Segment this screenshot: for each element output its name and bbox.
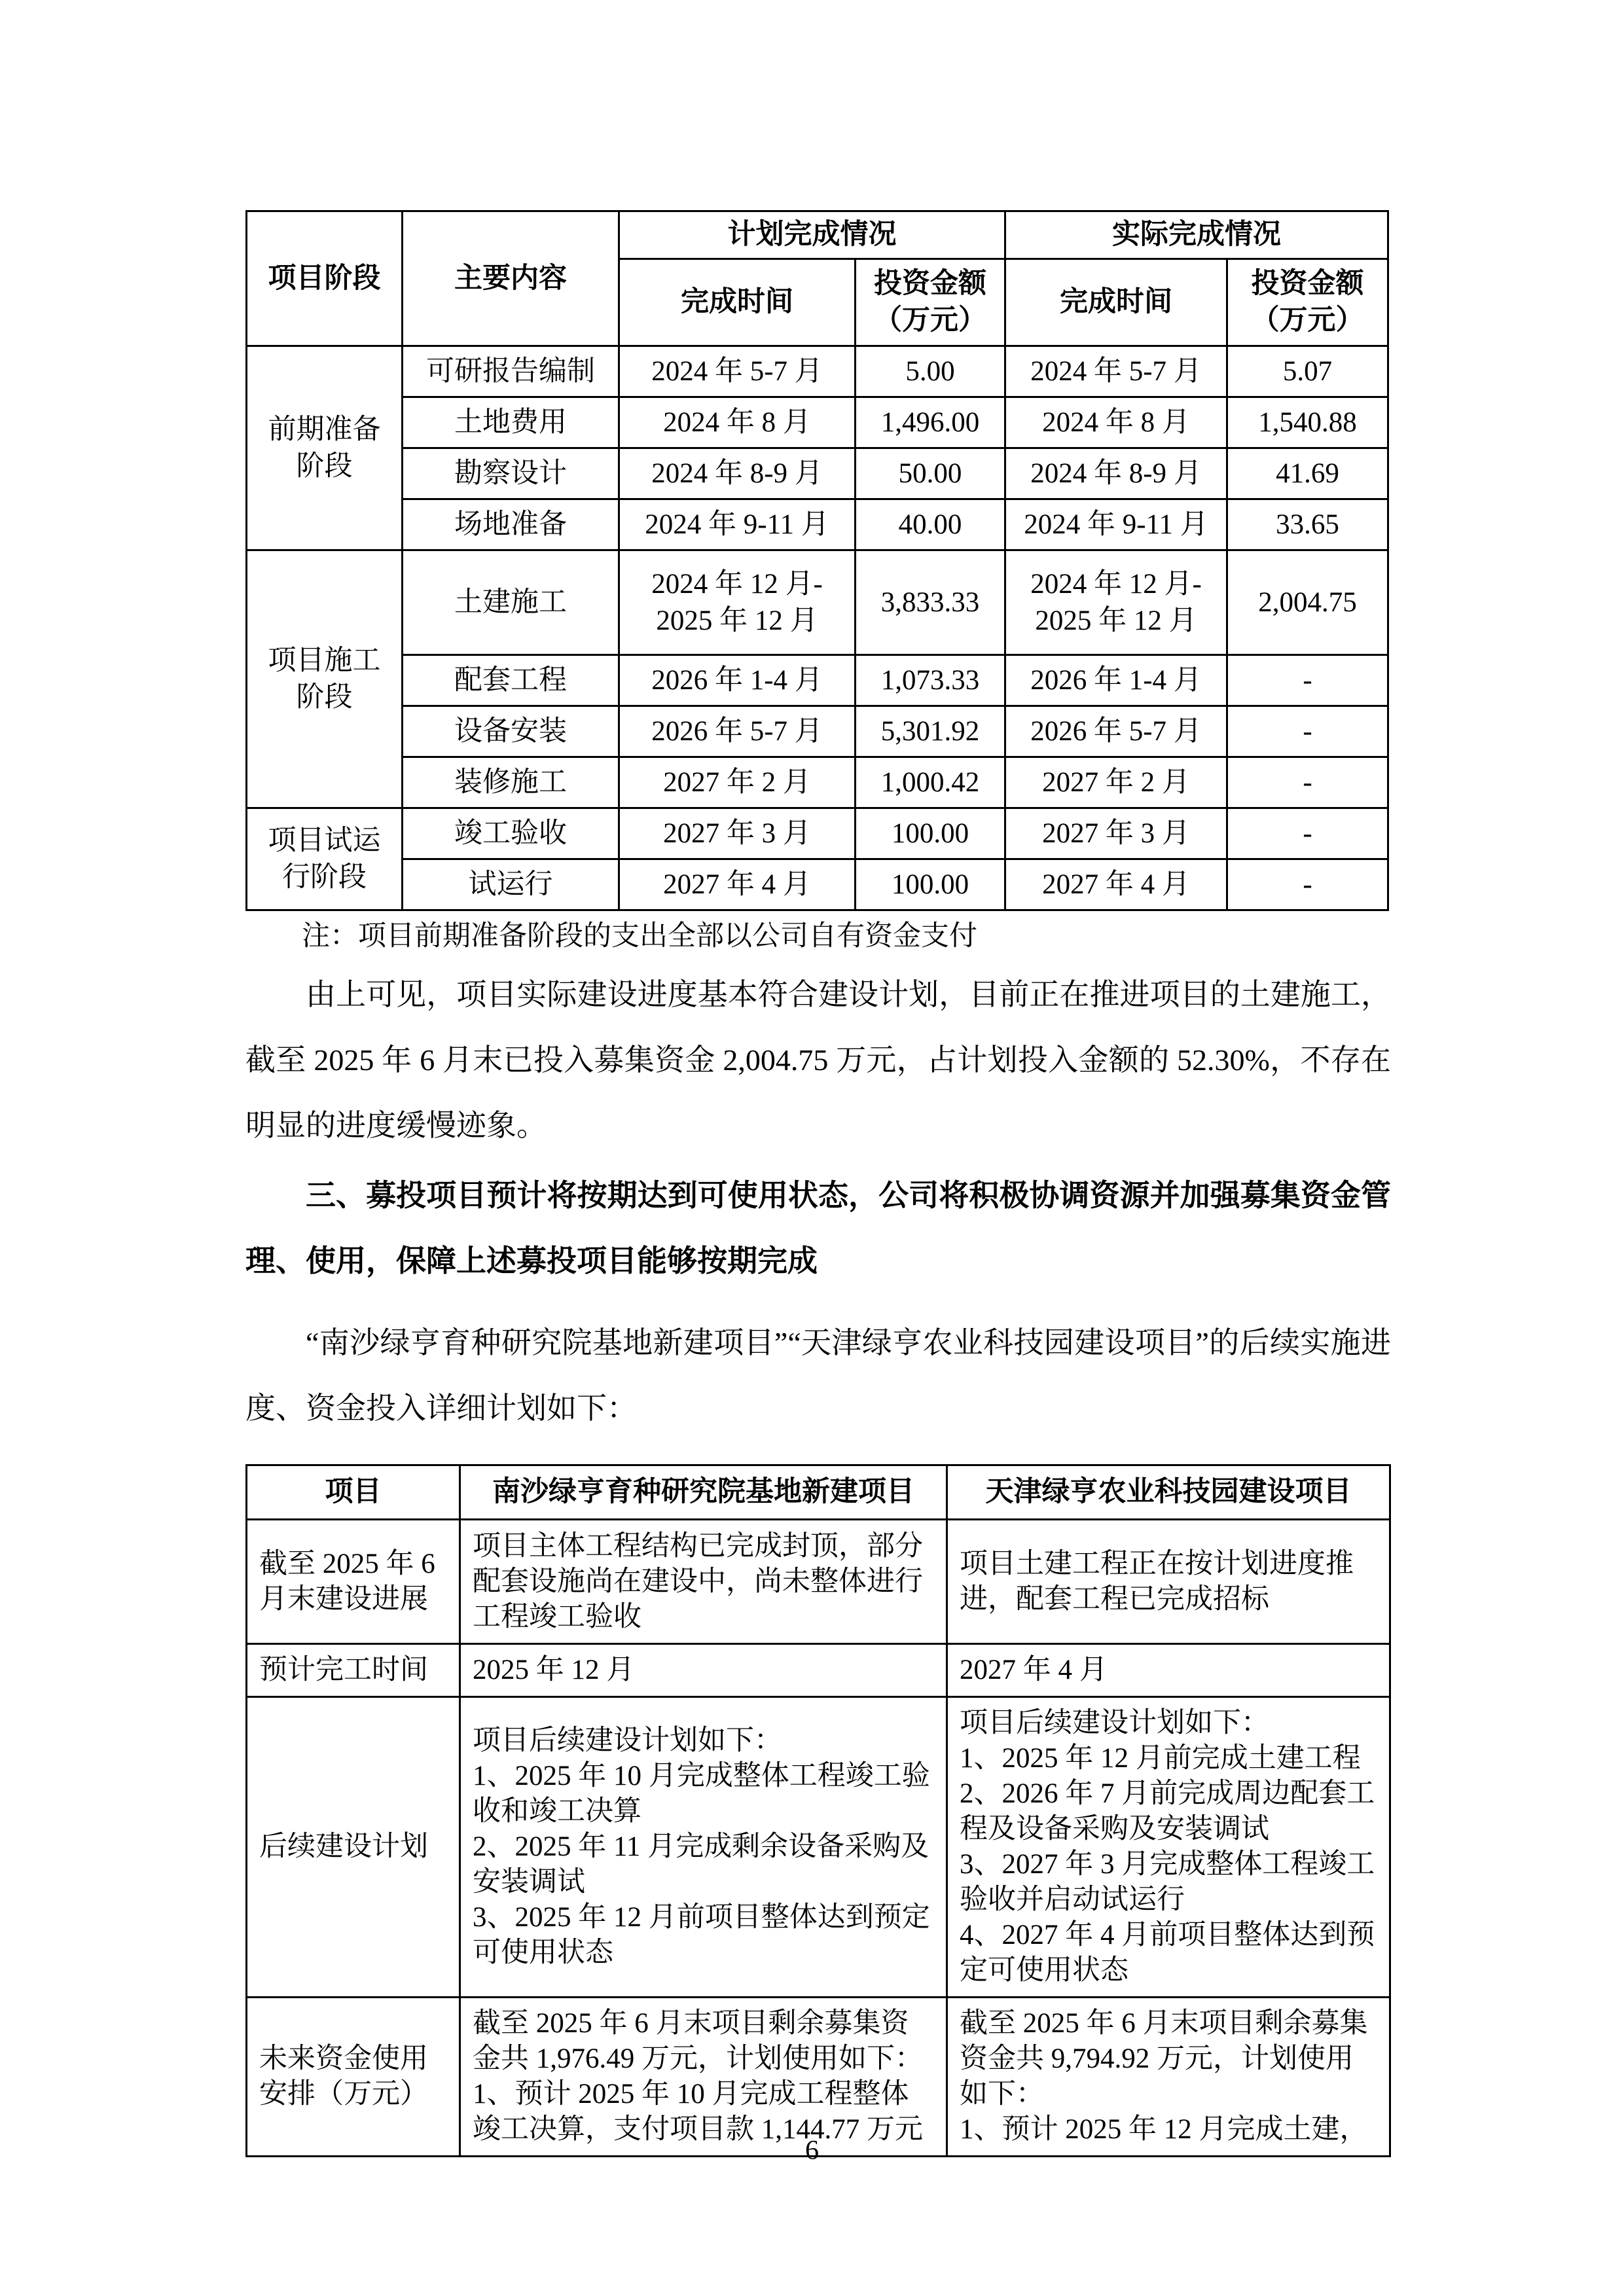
- cell-content: 设备安装: [403, 706, 619, 757]
- cell-plan-amount: 1,496.00: [856, 397, 1005, 448]
- cell-actual-amount: 41.69: [1227, 448, 1388, 499]
- header-tianjin-project: 天津绿亨农业科技园建设项目: [947, 1465, 1390, 1520]
- cell-content: 装修施工: [403, 757, 619, 808]
- header-plan-time: 完成时间: [619, 259, 856, 346]
- document-page: 项目阶段 主要内容 计划完成情况 实际完成情况 完成时间 投资金额 （万元） 完…: [0, 0, 1624, 2296]
- cell-plan-amount: 1,000.42: [856, 757, 1005, 808]
- paragraph-progress-summary: 由上可见，项目实际建设进度基本符合建设计划，目前正在推进项目的土建施工，截至 2…: [245, 962, 1391, 1158]
- cell-actual-time: 2027 年 3 月: [1005, 808, 1227, 859]
- phase-cell: 项目施工 阶段: [247, 550, 403, 808]
- cell-content: 勘察设计: [403, 448, 619, 499]
- cell-actual-time: 2024 年 9-11 月: [1005, 499, 1227, 550]
- cell-actual-time: 2024 年 8-9 月: [1005, 448, 1227, 499]
- cell-content: 场地准备: [403, 499, 619, 550]
- table-row: 装修施工 2027 年 2 月 1,000.42 2027 年 2 月 -: [247, 757, 1388, 808]
- header-plan-amount: 投资金额 （万元）: [856, 259, 1005, 346]
- cell-plan-time: 2024 年 8 月: [619, 397, 856, 448]
- cell-actual-amount: -: [1227, 757, 1388, 808]
- header-actual-time: 完成时间: [1005, 259, 1227, 346]
- cell-content: 配套工程: [403, 655, 619, 706]
- table-row: 场地准备 2024 年 9-11 月 40.00 2024 年 9-11 月 3…: [247, 499, 1388, 550]
- table-row: 项目试运 行阶段 竣工验收 2027 年 3 月 100.00 2027 年 3…: [247, 808, 1388, 859]
- cell-content: 土地费用: [403, 397, 619, 448]
- header-actual-group: 实际完成情况: [1005, 211, 1388, 259]
- cell-actual-amount: -: [1227, 859, 1388, 910]
- cell-content: 可研报告编制: [403, 346, 619, 397]
- cell-content: 竣工验收: [403, 808, 619, 859]
- table-row: 配套工程 2026 年 1-4 月 1,073.33 2026 年 1-4 月 …: [247, 655, 1388, 706]
- cell-content: 土建施工: [403, 550, 619, 655]
- header-item: 项目: [247, 1465, 460, 1520]
- cell-actual-time: 2024 年 12 月- 2025 年 12 月: [1005, 550, 1227, 655]
- cell-actual-time: 2027 年 2 月: [1005, 757, 1227, 808]
- table-note: 注：项目前期准备阶段的支出全部以公司自有资金支付: [245, 918, 1391, 956]
- cell-actual-amount: 1,540.88: [1227, 397, 1388, 448]
- table-row: 项目施工 阶段 土建施工 2024 年 12 月- 2025 年 12 月 3,…: [247, 550, 1388, 655]
- cell-actual-time: 2026 年 5-7 月: [1005, 706, 1227, 757]
- table-row: 勘察设计 2024 年 8-9 月 50.00 2024 年 8-9 月 41.…: [247, 448, 1388, 499]
- cell-tianjin: 截至 2025 年 6 月末项目剩余募集资金共 9,794.92 万元，计划使用…: [947, 1998, 1390, 2157]
- cell-actual-time: 2024 年 8 月: [1005, 397, 1227, 448]
- cell-actual-amount: 33.65: [1227, 499, 1388, 550]
- phase-cell: 前期准备 阶段: [247, 346, 403, 550]
- cell-actual-amount: 2,004.75: [1227, 550, 1388, 655]
- table-row: 未来资金使用安排（万元） 截至 2025 年 6 月末项目剩余募集资金共 1,9…: [247, 1998, 1390, 2157]
- cell-content: 试运行: [403, 859, 619, 910]
- section-heading: 三、募投项目预计将按期达到可使用状态，公司将积极协调资源并加强募集资金管理、使用…: [245, 1163, 1391, 1294]
- row-label: 截至 2025 年 6 月末建设进展: [247, 1520, 460, 1644]
- header-phase: 项目阶段: [247, 211, 403, 346]
- cell-plan-amount: 100.00: [856, 859, 1005, 910]
- cell-plan-time: 2027 年 3 月: [619, 808, 856, 859]
- row-label: 后续建设计划: [247, 1697, 460, 1998]
- cell-plan-amount: 50.00: [856, 448, 1005, 499]
- cell-plan-time: 2027 年 4 月: [619, 859, 856, 910]
- cell-plan-time: 2027 年 2 月: [619, 757, 856, 808]
- table-row: 预计完工时间 2025 年 12 月 2027 年 4 月: [247, 1644, 1390, 1697]
- cell-plan-time: 2024 年 12 月- 2025 年 12 月: [619, 550, 856, 655]
- cell-plan-amount: 3,833.33: [856, 550, 1005, 655]
- cell-plan-time: 2024 年 9-11 月: [619, 499, 856, 550]
- page-content: 项目阶段 主要内容 计划完成情况 实际完成情况 完成时间 投资金额 （万元） 完…: [245, 210, 1391, 2157]
- table-row: 试运行 2027 年 4 月 100.00 2027 年 4 月 -: [247, 859, 1388, 910]
- header-actual-amount: 投资金额 （万元）: [1227, 259, 1388, 346]
- row-label: 未来资金使用安排（万元）: [247, 1998, 460, 2157]
- cell-actual-time: 2026 年 1-4 月: [1005, 655, 1227, 706]
- cell-plan-time: 2024 年 8-9 月: [619, 448, 856, 499]
- table-header-row: 项目 南沙绿亨育种研究院基地新建项目 天津绿亨农业科技园建设项目: [247, 1465, 1390, 1520]
- table-row: 后续建设计划 项目后续建设计划如下： 1、2025 年 10 月完成整体工程竣工…: [247, 1697, 1390, 1998]
- projects-plan-table: 项目 南沙绿亨育种研究院基地新建项目 天津绿亨农业科技园建设项目 截至 2025…: [245, 1464, 1391, 2157]
- header-plan-group: 计划完成情况: [619, 211, 1005, 259]
- table-row: 截至 2025 年 6 月末建设进展 项目主体工程结构已完成封顶，部分配套设施尚…: [247, 1520, 1390, 1644]
- header-nansha-project: 南沙绿亨育种研究院基地新建项目: [460, 1465, 947, 1520]
- cell-plan-amount: 100.00: [856, 808, 1005, 859]
- cell-tianjin: 2027 年 4 月: [947, 1644, 1390, 1697]
- cell-actual-amount: -: [1227, 706, 1388, 757]
- cell-actual-amount: -: [1227, 808, 1388, 859]
- cell-actual-amount: -: [1227, 655, 1388, 706]
- cell-actual-time: 2024 年 5-7 月: [1005, 346, 1227, 397]
- page-number: 6: [0, 2135, 1624, 2166]
- cell-plan-time: 2026 年 5-7 月: [619, 706, 856, 757]
- cell-plan-amount: 40.00: [856, 499, 1005, 550]
- phase-cell: 项目试运 行阶段: [247, 808, 403, 910]
- table-row: 前期准备 阶段 可研报告编制 2024 年 5-7 月 5.00 2024 年 …: [247, 346, 1388, 397]
- paragraph-projects-intro: “南沙绿亨育种研究院基地新建项目”“天津绿亨农业科技园建设项目”的后续实施进度、…: [245, 1310, 1391, 1441]
- project-progress-table: 项目阶段 主要内容 计划完成情况 实际完成情况 完成时间 投资金额 （万元） 完…: [245, 210, 1389, 911]
- cell-nansha: 截至 2025 年 6 月末项目剩余募集资金共 1,976.49 万元，计划使用…: [460, 1998, 947, 2157]
- cell-plan-time: 2026 年 1-4 月: [619, 655, 856, 706]
- cell-plan-amount: 5,301.92: [856, 706, 1005, 757]
- cell-tianjin: 项目土建工程正在按计划进度推进，配套工程已完成招标: [947, 1520, 1390, 1644]
- cell-actual-amount: 5.07: [1227, 346, 1388, 397]
- row-label: 预计完工时间: [247, 1644, 460, 1697]
- cell-actual-time: 2027 年 4 月: [1005, 859, 1227, 910]
- cell-plan-amount: 5.00: [856, 346, 1005, 397]
- table-row: 土地费用 2024 年 8 月 1,496.00 2024 年 8 月 1,54…: [247, 397, 1388, 448]
- header-content: 主要内容: [403, 211, 619, 346]
- cell-nansha: 项目主体工程结构已完成封顶，部分配套设施尚在建设中，尚未整体进行工程竣工验收: [460, 1520, 947, 1644]
- cell-tianjin: 项目后续建设计划如下： 1、2025 年 12 月前完成土建工程 2、2026 …: [947, 1697, 1390, 1998]
- table-row: 设备安装 2026 年 5-7 月 5,301.92 2026 年 5-7 月 …: [247, 706, 1388, 757]
- cell-plan-time: 2024 年 5-7 月: [619, 346, 856, 397]
- cell-plan-amount: 1,073.33: [856, 655, 1005, 706]
- table-header-row: 项目阶段 主要内容 计划完成情况 实际完成情况: [247, 211, 1388, 259]
- cell-nansha: 2025 年 12 月: [460, 1644, 947, 1697]
- cell-nansha: 项目后续建设计划如下： 1、2025 年 10 月完成整体工程竣工验收和竣工决算…: [460, 1697, 947, 1998]
